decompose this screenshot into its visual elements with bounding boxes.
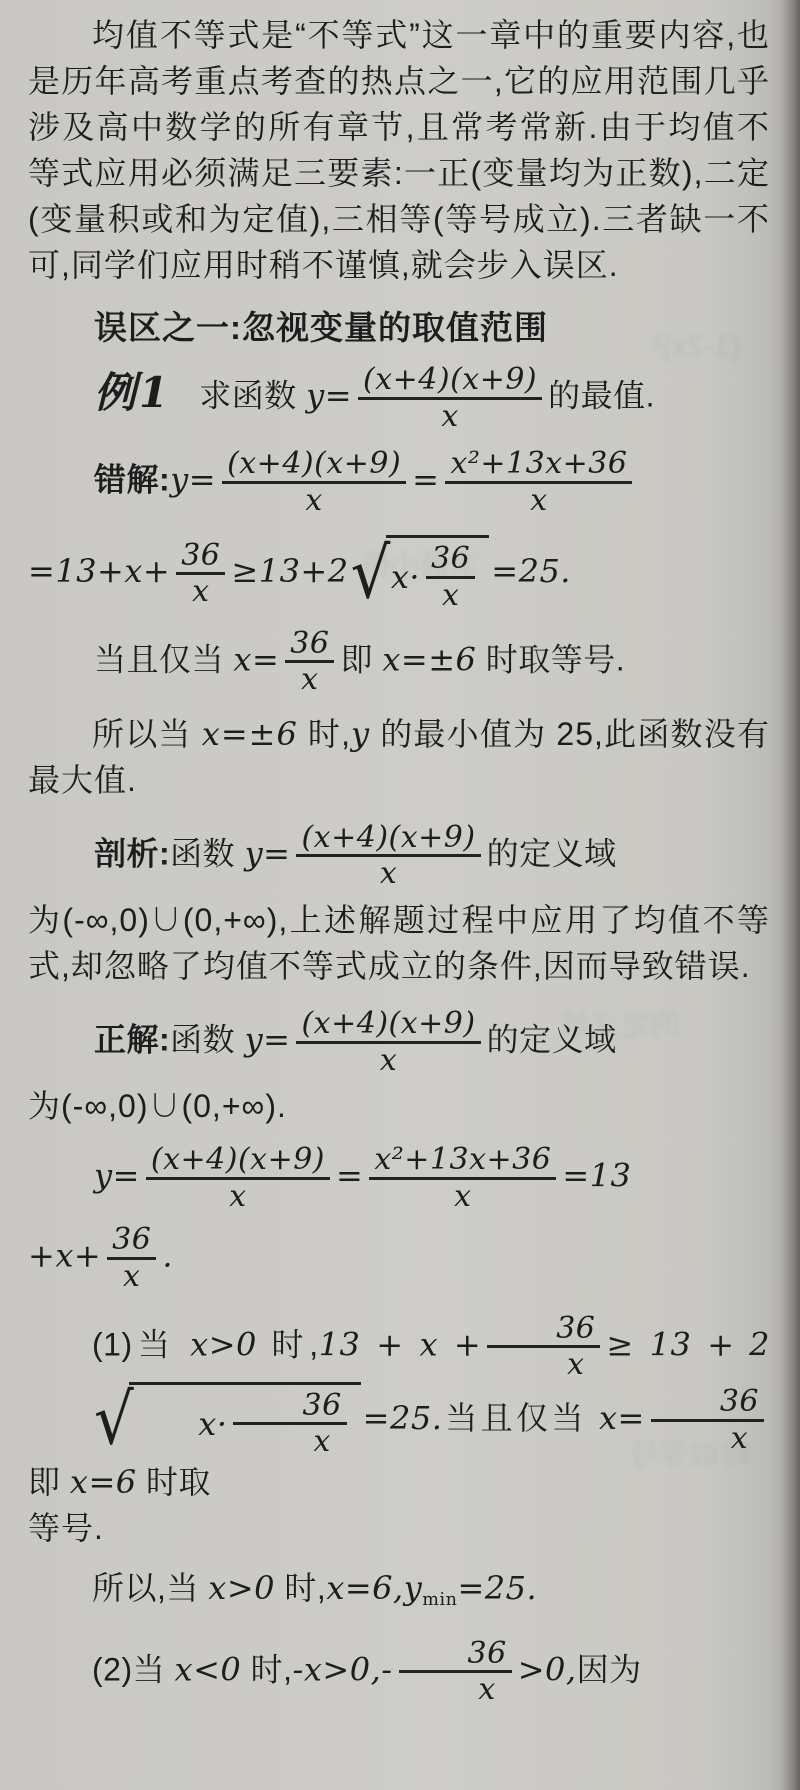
fraction-numerator: 36 [487, 1312, 600, 1346]
math-run: -x>0,- [293, 1650, 393, 1688]
fraction-numerator: (x+4)(x+9) [296, 821, 480, 855]
math-run: y= [94, 1157, 140, 1195]
derivation-line-2: +x+36x. [28, 1223, 770, 1293]
case1-paragraph: (1)当 x>0 时,13 + x +36x≥ 13 + 2√x·36x=25.… [28, 1312, 770, 1505]
fraction-numerator: x²+13x+36 [445, 447, 632, 481]
correct-domain-paragraph: 为(-∞,0)∪(0,+∞). [28, 1083, 770, 1129]
fraction-36-over-x: 36x [487, 1312, 600, 1382]
math-run: 13 + x + [319, 1325, 482, 1363]
wrong-conclusion-paragraph: 所以当 x=±6 时,y 的最小值为 25,此函数没有最大值. [28, 711, 770, 803]
analysis-paragraph: 为(-∞,0)∪(0,+∞),上述解题过程中应用了均值不等式,却忽略了均值不等式… [28, 897, 770, 989]
square-root: √x·36x [351, 535, 490, 612]
fraction-denominator: x [146, 1177, 330, 1214]
fraction-numerator: (x+4)(x+9) [296, 1007, 480, 1041]
fraction-denominator: x [285, 660, 334, 697]
math-run: =25. [491, 552, 571, 590]
math-run: x>0 [190, 1325, 257, 1363]
text-run: 即 [340, 641, 382, 677]
text-run: 当且仅当 [442, 1400, 599, 1436]
text-run: 时, [257, 1326, 319, 1362]
fraction-numerator: (x+4)(x+9) [146, 1143, 330, 1177]
square-root: √x·36x [30, 1382, 361, 1459]
correct-solution-label: 正解: [94, 1021, 170, 1057]
case1-tail: 等号. [28, 1505, 770, 1551]
math-run: x=±6 [202, 715, 298, 753]
fraction-denominator: x [487, 1345, 600, 1382]
math-run: x=6 [70, 1463, 137, 1501]
fraction-denominator: x [651, 1419, 764, 1456]
fraction-numerator: (x+4)(x+9) [222, 447, 406, 481]
fraction-36-over-x: 36x [285, 627, 334, 697]
text-run: 时取等号. [476, 641, 625, 677]
section-heading: 误区之一:忽视变量的取值范围 [94, 302, 770, 349]
math-run: x>0 [208, 1569, 275, 1607]
math-run: x<0 [175, 1650, 242, 1688]
radical-icon: √ [30, 1389, 134, 1452]
analysis-line: 剖析:函数 y=(x+4)(x+9)x的定义域 [28, 821, 770, 891]
scanned-textbook-page: (1-2x)² 求最小值 的定义域 时取等号 均值不等式是“不等式”这一章中的重… [0, 0, 800, 1790]
amgm-line: =13+x+36x≥13+2√x·36x=25. [28, 535, 770, 612]
math-run: >0, [518, 1650, 577, 1688]
fraction-numerator: 36 [233, 1389, 346, 1423]
math-run: x· [134, 1401, 227, 1447]
text-run: 的定义域 [487, 835, 617, 871]
math-run: =13+x+ [28, 552, 170, 590]
example-statement: 例1求函数 y=(x+4)(x+9)x的最值. [28, 363, 770, 433]
math-run: ≥13+2 [231, 552, 348, 590]
math-y-equals: y= [306, 377, 352, 415]
fraction-main: (x+4)(x+9)x [222, 447, 406, 517]
fraction-36-over-x: 36x [107, 1223, 156, 1293]
math-run: x= [599, 1399, 645, 1437]
wrong-solution-label: 错解: [94, 462, 170, 498]
fraction-36-over-x: 36x [651, 1385, 764, 1455]
math-run: =13 [562, 1157, 631, 1195]
math-run: =25. [363, 1399, 443, 1437]
fraction-denominator: x [222, 481, 406, 518]
math-equals: = [412, 461, 439, 499]
correct-solution-line: 正解:函数 y=(x+4)(x+9)x的定义域 [28, 1007, 770, 1077]
example-text: 的最值. [548, 378, 655, 414]
math-run: y [351, 715, 370, 753]
math-run: ≥ 13 + [606, 1325, 734, 1363]
fraction-denominator: x [233, 1422, 346, 1459]
fraction-36-over-x: 36x [176, 539, 225, 609]
fraction-denominator: x [107, 1257, 156, 1294]
math-run: y= [245, 1020, 291, 1058]
math-run: x· [391, 554, 420, 600]
text-run: (2)当 [92, 1651, 175, 1687]
fraction-numerator: 36 [176, 539, 225, 573]
math-run: = [336, 1157, 363, 1195]
fraction-denominator: x [426, 576, 475, 613]
text-run: 所以当 [92, 716, 202, 752]
math-y-equals: y= [170, 461, 216, 499]
fraction-denominator: x [358, 397, 542, 434]
math-run: . [162, 1237, 173, 1275]
fraction-denominator: x [296, 1041, 480, 1078]
derivation-line-1: y=(x+4)(x+9)x=x²+13x+36x=13 [28, 1143, 770, 1213]
fraction-numerator: 36 [107, 1223, 156, 1257]
analysis-label: 剖析: [94, 835, 170, 871]
fraction-denominator: x [399, 1670, 512, 1707]
fraction-36-over-x: 36x [399, 1637, 512, 1707]
fraction-numerator: x²+13x+36 [369, 1143, 556, 1177]
math-run: y= [245, 834, 291, 872]
text-run: 的定义域 [487, 1021, 617, 1057]
radical-icon: √ [351, 543, 391, 606]
fraction-numerator: 36 [285, 627, 334, 661]
equality-condition-line: 当且仅当 x=36x即 x=±6 时取等号. [28, 627, 770, 697]
text-run: 当且仅当 [94, 641, 233, 677]
text-run: 时, [298, 716, 351, 752]
math-run: x=6,y [326, 1569, 422, 1607]
fraction-numerator: 36 [399, 1637, 512, 1671]
text-run: 函数 [170, 1021, 244, 1057]
fraction-main: (x+4)(x+9)x [146, 1143, 330, 1213]
fraction-36-over-x: 36x [233, 1389, 346, 1459]
case2-line: (2)当 x<0 时,-x>0,-36x>0,因为 [28, 1637, 770, 1707]
wrong-solution-line: 错解:y=(x+4)(x+9)x=x²+13x+36x [28, 447, 770, 517]
fraction-main: (x+4)(x+9)x [296, 821, 480, 891]
fraction-denominator: x [296, 854, 480, 891]
fraction-main: (x+4)(x+9)x [358, 363, 542, 433]
math-run: x= [233, 640, 279, 678]
text-run: 所以,当 [92, 1570, 208, 1606]
fraction-expanded: x²+13x+36x [445, 447, 632, 517]
text-run: 时, [275, 1570, 326, 1606]
fraction-denominator: x [369, 1177, 556, 1214]
text-run: (1)当 [92, 1326, 190, 1362]
fraction-numerator: 36 [426, 542, 475, 576]
math-run: +x+ [28, 1237, 101, 1275]
fraction-numerator: 36 [651, 1385, 764, 1419]
text-run: 时, [241, 1651, 292, 1687]
fraction-numerator: (x+4)(x+9) [358, 363, 542, 397]
fraction-main: (x+4)(x+9)x [296, 1007, 480, 1077]
fraction-expanded: x²+13x+36x [369, 1143, 556, 1213]
text-run: 即 [28, 1464, 70, 1500]
page-content: 均值不等式是“不等式”这一章中的重要内容,也是历年高考重点考查的热点之一,它的应… [0, 0, 800, 1707]
math-run: 2 [749, 1325, 770, 1363]
fraction-36-over-x: 36x [426, 542, 475, 612]
subscript-min: min [422, 1590, 457, 1610]
fraction-denominator: x [445, 481, 632, 518]
case1-conclusion: 所以,当 x>0 时,x=6,ymin=25. [28, 1565, 770, 1623]
example-label: 例1 [94, 368, 171, 417]
text-run: 时取 [137, 1464, 211, 1500]
fraction-denominator: x [176, 572, 225, 609]
text-run: 因为 [577, 1651, 642, 1687]
intro-paragraph: 均值不等式是“不等式”这一章中的重要内容,也是历年高考重点考查的热点之一,它的应… [28, 12, 770, 288]
math-run: x=±6 [382, 640, 476, 678]
example-text: 求函数 [199, 378, 306, 414]
math-run: =25. [457, 1569, 537, 1607]
text-run: 函数 [170, 835, 244, 871]
